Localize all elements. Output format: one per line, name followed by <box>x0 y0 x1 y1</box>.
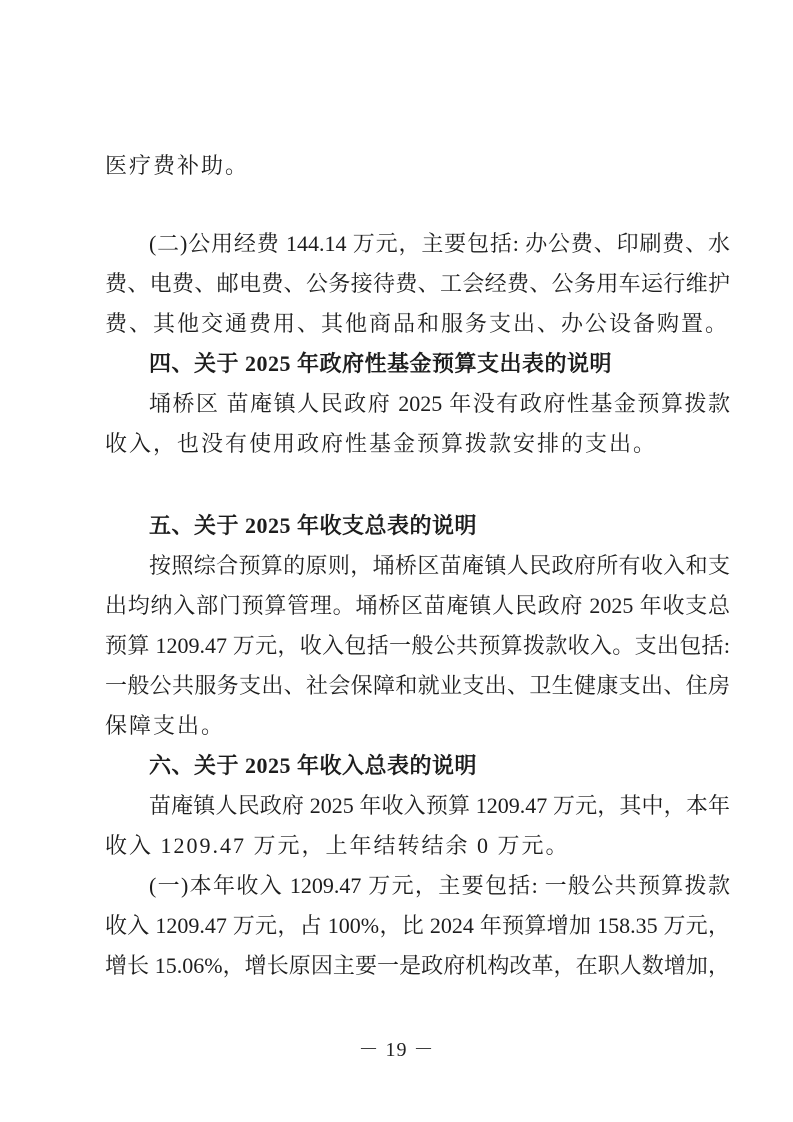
document-body: 医疗费补助。(二)公用经费 144.14 万元，主要包括: 办公费、印刷费、水费… <box>105 146 730 986</box>
text-line: 一般公共服务支出、社会保障和就业支出、卫生健康支出、住房 <box>105 666 730 706</box>
text-line: (二)公用经费 144.14 万元，主要包括: 办公费、印刷费、水 <box>105 224 730 264</box>
text-line: 费、电费、邮电费、公务接待费、工会经费、公务用车运行维护 <box>105 264 730 304</box>
section-heading: 四、关于 2025 年政府性基金预算支出表的说明 <box>105 344 730 384</box>
page-footer: － 19 － <box>0 1030 793 1070</box>
page-number: － 19 － <box>359 1039 435 1061</box>
text-line: 埇桥区 苗庵镇人民政府 2025 年没有政府性基金预算拨款 <box>105 384 730 424</box>
text-line: 出均纳入部门预算管理。埇桥区苗庵镇人民政府 2025 年收支总 <box>105 586 730 626</box>
text-line: 苗庵镇人民政府 2025 年收入预算 1209.47 万元，其中，本年 <box>105 786 730 826</box>
text-line: 增长 15.06%，增长原因主要一是政府机构改革，在职人数增加， <box>105 946 730 986</box>
text-line: 保障支出。 <box>105 706 730 746</box>
text-line: 医疗费补助。 <box>105 146 730 186</box>
text-line: 按照综合预算的原则，埇桥区苗庵镇人民政府所有收入和支 <box>105 546 730 586</box>
blank-line <box>105 186 730 224</box>
text-line: 收入，也没有使用政府性基金预算拨款安排的支出。 <box>105 424 730 464</box>
text-line: (一)本年收入 1209.47 万元，主要包括: 一般公共预算拨款 <box>105 866 730 906</box>
text-line: 收入 1209.47 万元，上年结转结余 0 万元。 <box>105 826 730 866</box>
text-line: 预算 1209.47 万元，收入包括一般公共预算拨款收入。支出包括: <box>105 626 730 666</box>
text-line: 费、其他交通费用、其他商品和服务支出、办公设备购置。 <box>105 304 730 344</box>
blank-line <box>105 464 730 506</box>
document-page: 医疗费补助。(二)公用经费 144.14 万元，主要包括: 办公费、印刷费、水费… <box>0 0 793 1122</box>
section-heading: 六、关于 2025 年收入总表的说明 <box>105 746 730 786</box>
text-line: 收入 1209.47 万元，占 100%，比 2024 年预算增加 158.35… <box>105 906 730 946</box>
section-heading: 五、关于 2025 年收支总表的说明 <box>105 506 730 546</box>
